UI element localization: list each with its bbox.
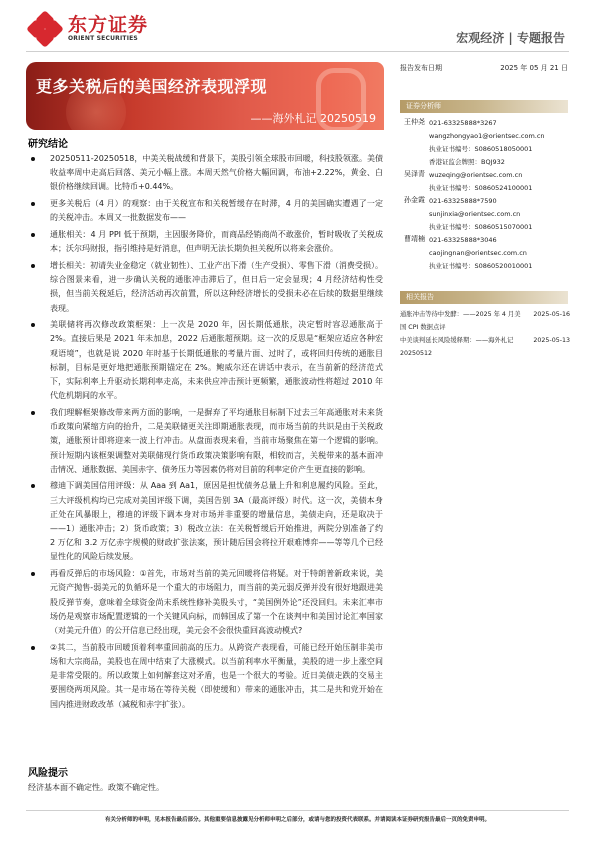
analyst-email[interactable]: wangzhongyao1@orientsec.com.cn bbox=[429, 130, 570, 143]
logo-english-name: ORIENT SECURITIES bbox=[68, 35, 148, 43]
analysts-section-header: 证券分析师 bbox=[400, 100, 568, 113]
analyst-entry: 吴泽青 wuzeqing@orientsec.com.cn 执业证书编号：S08… bbox=[404, 169, 570, 195]
analyst-name: 王仲尧 bbox=[404, 117, 429, 169]
publish-date-value: 2025 年 05 月 21 日 bbox=[500, 63, 568, 73]
publish-date-row: 报告发布日期 2025 年 05 月 21 日 bbox=[400, 63, 568, 73]
risk-heading: 风险提示 bbox=[28, 767, 383, 781]
research-conclusion: 研究结论 20250511-20250518，中美关税战缓和背景下，美股引领全球… bbox=[28, 138, 383, 714]
bullet-item: 再看反弹后的市场风险：①首先，市场对当前的美元回暖将信将疑。对于特朗普新政来说，… bbox=[28, 567, 383, 638]
analyst-phone: 021-63325888*7590 bbox=[429, 195, 570, 208]
analyst-phone: 021-63325888*3267 bbox=[429, 117, 570, 130]
analyst-phone: 021-63325888*3046 bbox=[429, 234, 570, 247]
related-report-date: 2025-05-16 bbox=[530, 308, 570, 334]
related-report-title[interactable]: 通胀冲击等待中发酵：——2025 年 4 月美国 CPI 数据点评 bbox=[400, 308, 525, 334]
bullet-item: 我们理解框架修改带来两方面的影响，一是摒弃了平均通胀目标制下过去三年高通胀对未来… bbox=[28, 406, 383, 477]
bullet-item: 通胀相关：4 月 PPI 低于预期，主因服务降价，而商品经销商尚不敢涨价，暂时吸… bbox=[28, 228, 383, 256]
bullet-item: 美联储将再次修改政策框架：上一次是 2020 年，因长期低通胀，决定暂时容忍通胀… bbox=[28, 318, 383, 403]
analyst-entry: 曹靖楠 021-63325888*3046 caojingnan@orients… bbox=[404, 234, 570, 273]
report-subtitle: ——海外札记 20250519 bbox=[251, 110, 377, 126]
bullet-item: ②其二，当前股市回暖顶着利率重回前高的压力。从跨资产表现看，可能已经开始压制非美… bbox=[28, 641, 383, 712]
related-report-item[interactable]: 中美谈判延长风险缓释期：——海外札记 20250512 2025-05-13 bbox=[400, 334, 570, 360]
related-reports-header: 相关报告 bbox=[400, 291, 568, 304]
related-reports-list: 通胀冲击等待中发酵：——2025 年 4 月美国 CPI 数据点评 2025-0… bbox=[400, 308, 570, 360]
logo-chinese-name: 东方证券 bbox=[68, 15, 148, 35]
logo-mark-icon bbox=[28, 12, 62, 46]
risk-section: 风险提示 经济基本面不确定性。政策不确定性。 bbox=[28, 767, 383, 795]
page-header: 东方证券 ORIENT SECURITIES 宏观经济 | 专题报告 bbox=[0, 0, 595, 52]
report-category: 宏观经济 | 专题报告 bbox=[456, 29, 565, 46]
analyst-email[interactable]: wuzeqing@orientsec.com.cn bbox=[429, 169, 570, 182]
bullet-item: 穆迪下调美国信用评级：从 Aaa 到 Aa1，原因是担忧债务总量上升和利息履约风… bbox=[28, 479, 383, 564]
analyst-entry: 王仲尧 021-63325888*3267 wangzhongyao1@orie… bbox=[404, 117, 570, 169]
footer-divider bbox=[26, 810, 569, 811]
header-divider bbox=[26, 51, 569, 52]
company-logo: 东方证券 ORIENT SECURITIES bbox=[28, 12, 148, 46]
analyst-license: 执业证书编号：S0860515070001 bbox=[429, 221, 570, 234]
analyst-name: 曹靖楠 bbox=[404, 234, 429, 273]
analyst-name: 孙金霞 bbox=[404, 195, 429, 234]
risk-text: 经济基本面不确定性。政策不确定性。 bbox=[28, 781, 383, 795]
bullet-item: 更多关税后（4 月）的观察：由于关税宣布和关税暂缓存在时滞，4 月的美国确实遭遇… bbox=[28, 197, 383, 225]
analyst-license: 执业证书编号：S0860520010001 bbox=[429, 260, 570, 273]
analyst-license: 执业证书编号：S0860518050001 bbox=[429, 143, 570, 156]
analyst-name: 吴泽青 bbox=[404, 169, 429, 195]
bullet-item: 增长相关：初请失业金稳定（就业韧性）、工业产出下滑（生产受损）、零售下滑（消费受… bbox=[28, 259, 383, 316]
report-title: 更多关税后的美国经济表现浮现 bbox=[36, 74, 267, 97]
related-report-item[interactable]: 通胀冲击等待中发酵：——2025 年 4 月美国 CPI 数据点评 2025-0… bbox=[400, 308, 570, 334]
conclusion-bullets: 20250511-20250518，中美关税战缓和背景下，美股引领全球股市回暖，… bbox=[28, 152, 383, 712]
title-banner: 更多关税后的美国经济表现浮现 ——海外札记 20250519 bbox=[26, 62, 384, 130]
footer-disclaimer: 有关分析师的申明，见本报告最后部分。其他重要信息披露见分析师申明之后部分，或请与… bbox=[0, 815, 595, 823]
analyst-hk-license: 香港证监会牌照：BQJ932 bbox=[429, 156, 570, 169]
bullet-item: 20250511-20250518，中美关税战缓和背景下，美股引领全球股市回暖，… bbox=[28, 152, 383, 195]
analyst-email[interactable]: caojingnan@orientsec.com.cn bbox=[429, 247, 570, 260]
analysts-list: 王仲尧 021-63325888*3267 wangzhongyao1@orie… bbox=[404, 117, 570, 273]
publish-date-label: 报告发布日期 bbox=[400, 63, 442, 73]
analyst-email[interactable]: sunjinxia@orientsec.com.cn bbox=[429, 208, 570, 221]
analyst-entry: 孙金霞 021-63325888*7590 sunjinxia@orientse… bbox=[404, 195, 570, 234]
related-report-date: 2025-05-13 bbox=[530, 334, 570, 360]
analyst-license: 执业证书编号：S0860524100001 bbox=[429, 182, 570, 195]
conclusion-heading: 研究结论 bbox=[28, 138, 383, 152]
related-report-title[interactable]: 中美谈判延长风险缓释期：——海外札记 20250512 bbox=[400, 334, 525, 360]
